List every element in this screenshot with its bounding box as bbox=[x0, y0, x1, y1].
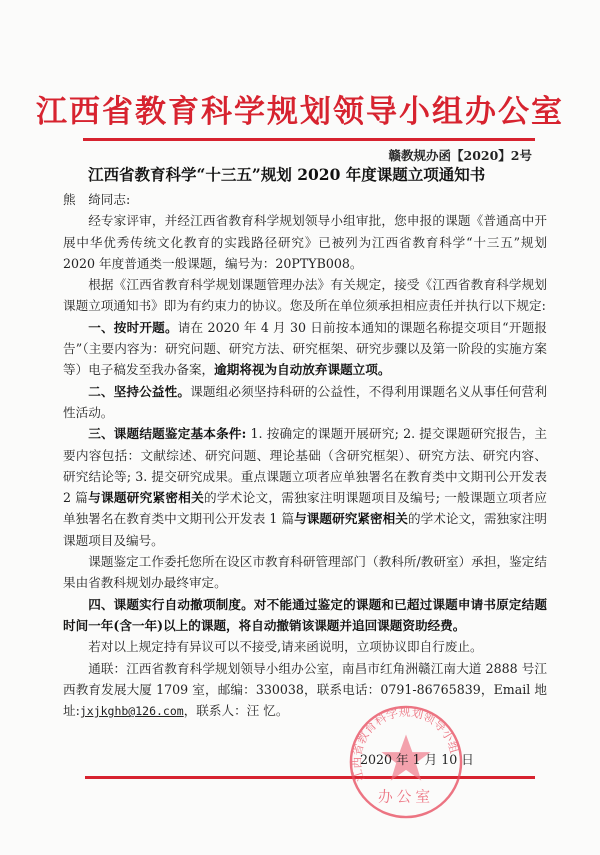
rule-3: 三、课题结题鉴定基本条件: 1. 按确定的课题开展研究; 2. 提交课题研究报告… bbox=[63, 423, 547, 551]
rule-2: 二、坚持公益性。课题组必须坚持科研的公益性，不得利用课题名义从事任何营利性活动。 bbox=[63, 381, 547, 424]
document-number: 赣教规办函【2020】2号 bbox=[389, 146, 533, 164]
rule-1: 一、按时开题。请在 2020 年 4 月 30 日前按本通知的课题名称提交项目“… bbox=[63, 317, 547, 381]
footer-red-rule bbox=[85, 776, 535, 779]
approval-paragraph: 经专家评审，并经江西省教育科学规划领导小组审批，您申报的课题《普通高中开展中华优… bbox=[63, 210, 547, 274]
rule-1-warning: 逾期将视为自动放弃课题立项。 bbox=[214, 362, 390, 377]
rule-4: 四、课题实行自动撤项制度。对不能通过鉴定的课题和已超过课题申请书原定结题时间一年… bbox=[63, 594, 547, 637]
rule-1-heading: 一、按时开题。 bbox=[88, 320, 178, 335]
rule-3-heading: 三、课题结题鉴定基本条件: bbox=[88, 426, 246, 441]
org-letterhead-title: 江西省教育科学规划领导小组办公室 bbox=[0, 86, 600, 131]
rule-4-text: 四、课题实行自动撤项制度。对不能通过鉴定的课题和已超过课题申请书原定结题时间一年… bbox=[63, 597, 547, 633]
notice-title: 江西省教育科学“十三五”规划 2020 年度课题立项通知书 bbox=[88, 163, 485, 185]
stamp-bottom-text: 办公室 bbox=[378, 788, 434, 805]
letterhead-red-rule bbox=[83, 138, 535, 141]
rule-2-heading: 二、坚持公益性。 bbox=[88, 384, 190, 399]
appraisal-paragraph: 课题鉴定工作委托您所在设区市教育科研管理部门（教科所/教研室）承担，鉴定结果由省… bbox=[63, 551, 547, 594]
agreement-paragraph: 根据《江西省教育科学规划课题管理办法》有关规定，接受《江西省教育科学规划课题立项… bbox=[63, 274, 547, 317]
contact-email-link[interactable]: jxjkghb@126.com bbox=[80, 704, 184, 718]
contact-paragraph: 通联：江西省教育科学规划领导小组办公室，南昌市红角洲赣江南大道 2888 号江西… bbox=[63, 658, 547, 723]
issue-date: 2020 年 1 月 10 日 bbox=[360, 749, 474, 768]
greeting: 熊 绮同志: bbox=[63, 189, 547, 210]
objection-paragraph: 若对以上规定持有异议可以不接受,请来函说明，立项协议即自行废止。 bbox=[63, 636, 547, 657]
rule-3-emphasis-a: 与课题研究紧密相关 bbox=[88, 490, 204, 505]
rule-3-emphasis-b: 与课题研究紧密相关 bbox=[294, 511, 408, 526]
notice-body: 熊 绮同志: 经专家评审，并经江西省教育科学规划领导小组审批，您申报的课题《普通… bbox=[63, 189, 547, 722]
contact-person: ，联系人：汪 忆。 bbox=[184, 703, 289, 718]
